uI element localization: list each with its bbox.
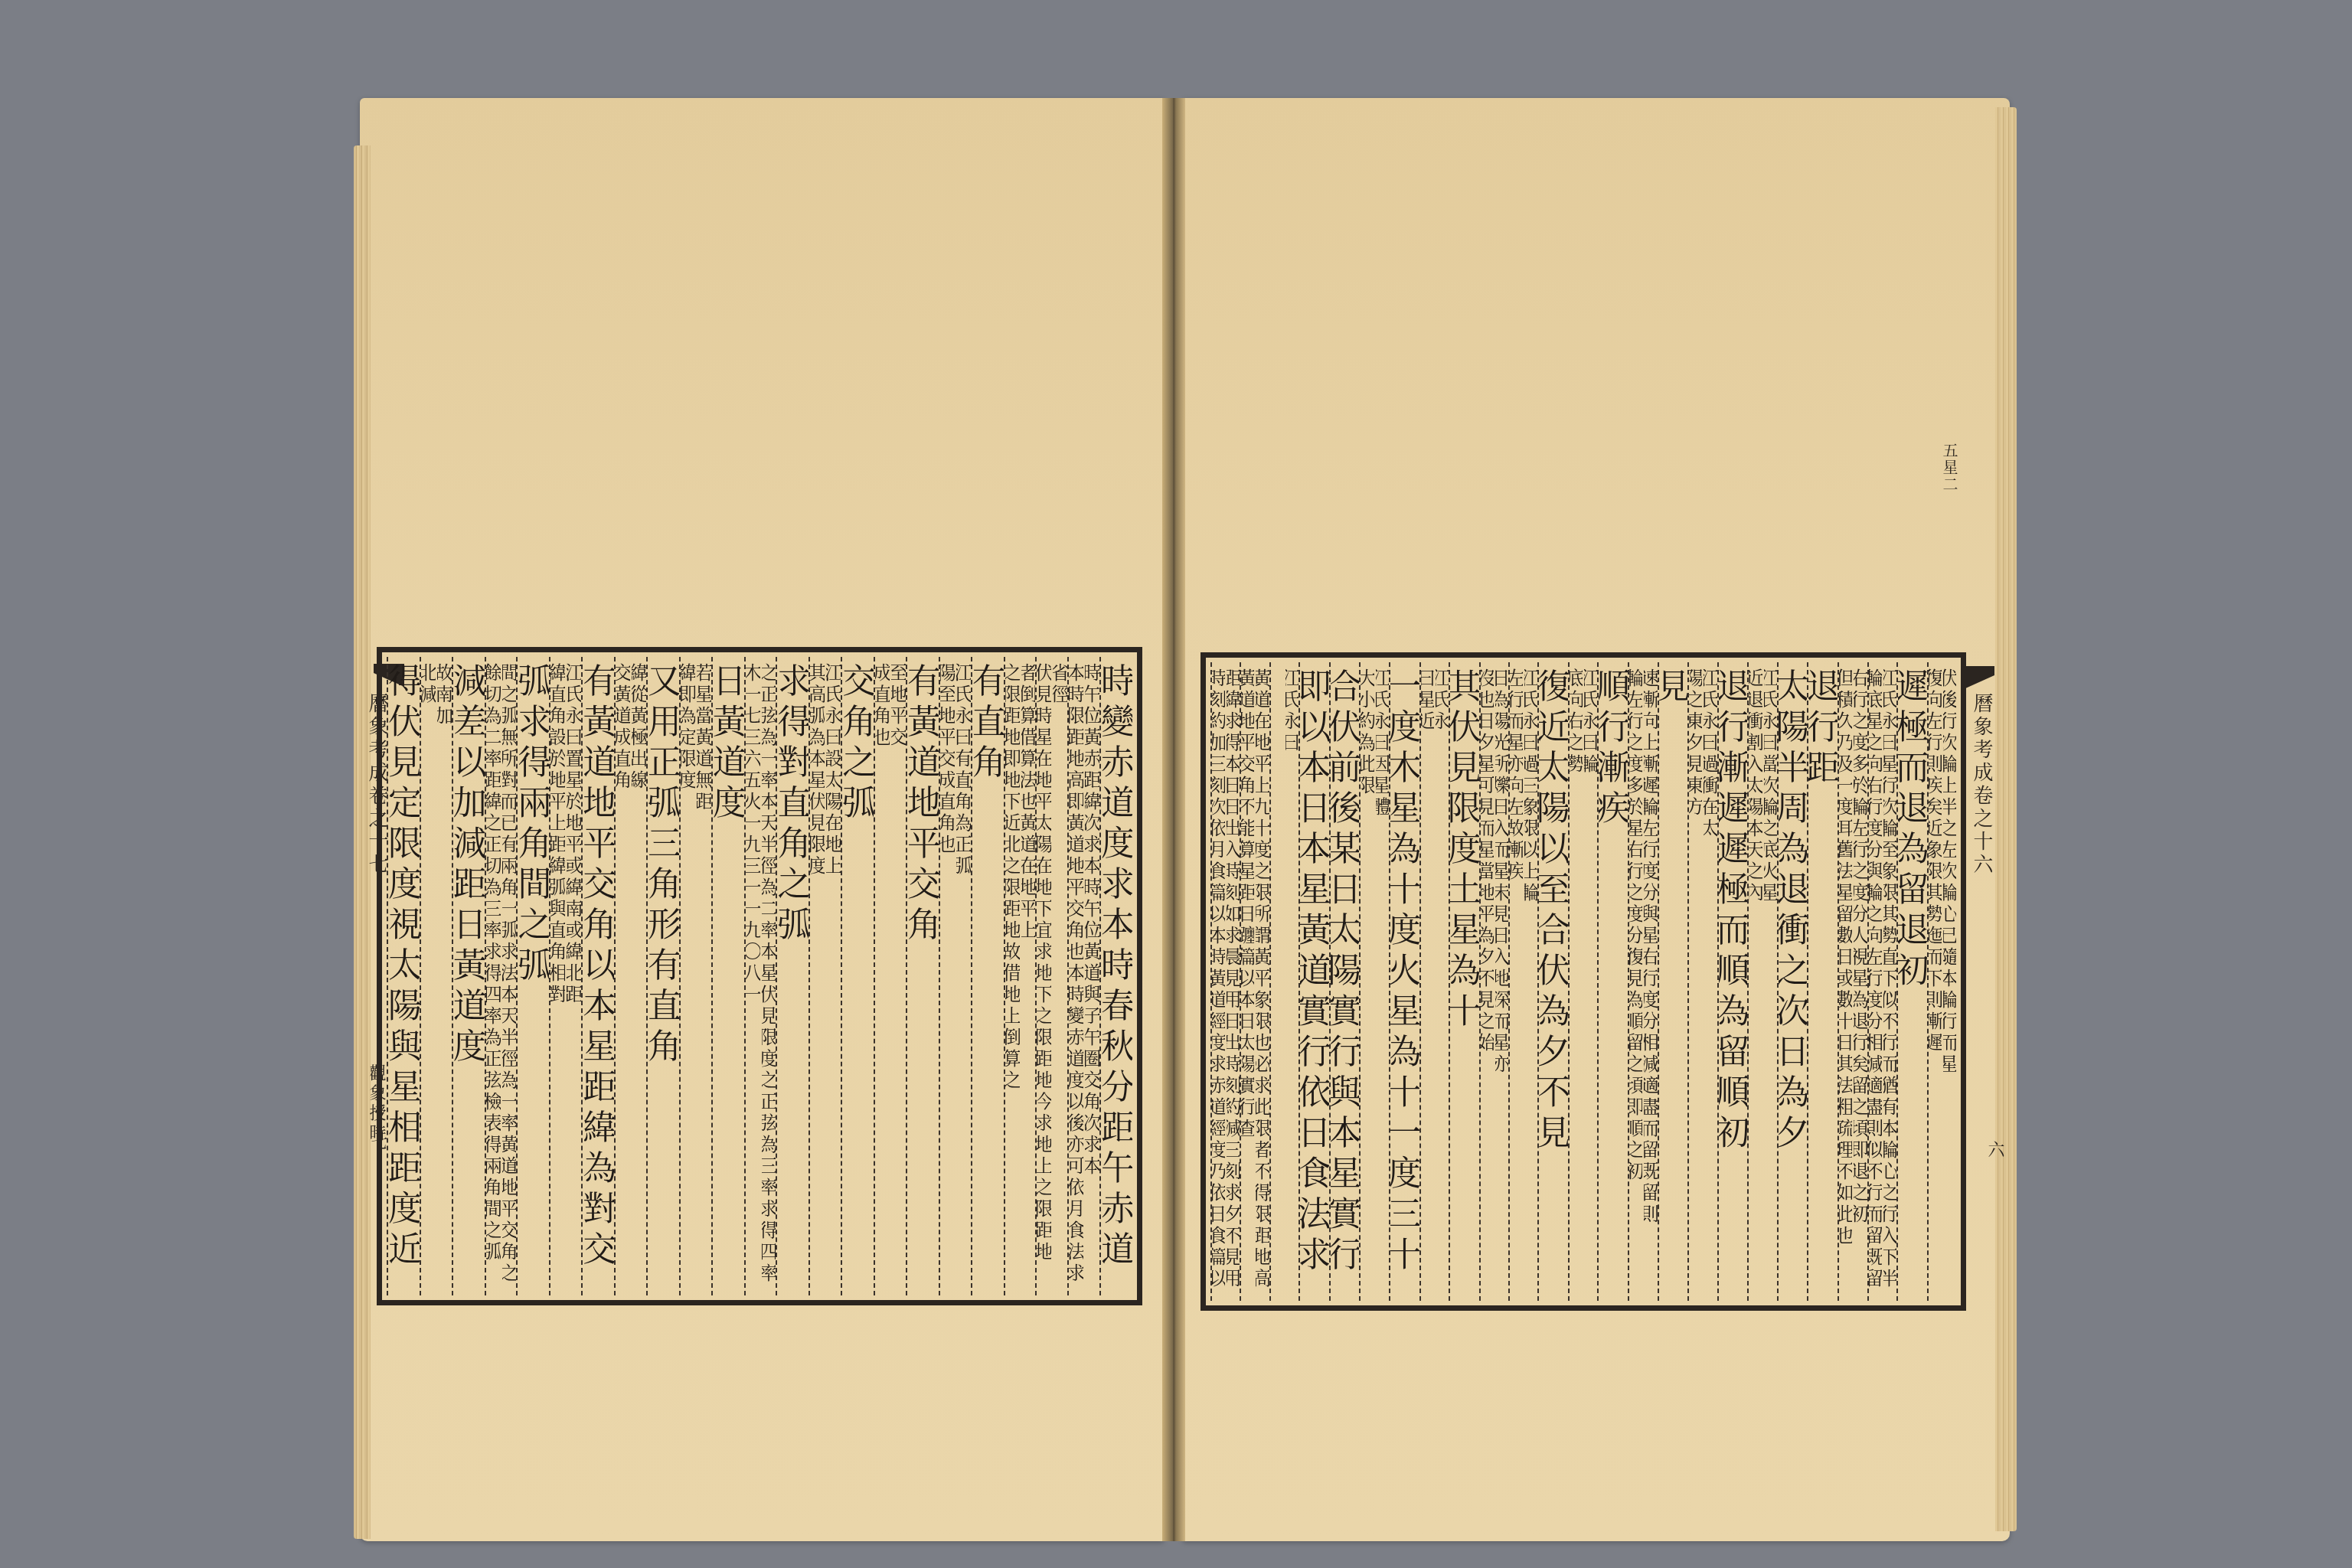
annotation-line: 至地平交 [891, 663, 906, 1289]
annotation-line: 省徑 [1053, 663, 1067, 1289]
text-column: 減差以加減距日黃道度 [452, 657, 485, 1295]
annotation-line: 近退衝割入太陽本天之內 [1749, 668, 1762, 1295]
book-gutter [1162, 98, 1185, 1541]
annotation-line: 江氏永曰有直角為正弧 [956, 663, 971, 1289]
text-column: 陽至地平交成直角也江氏永曰有直角為正弧 [939, 657, 971, 1295]
text-column: 求得對直角之弧 [776, 657, 808, 1295]
annotation-line: 陽至地平交成直角也 [940, 663, 955, 1289]
right-leaf-number: 六 [1983, 1141, 2007, 1161]
text-column: 陽之東夕見東方江氏永曰過衝在太 [1687, 662, 1717, 1301]
annotation-line: 江氏永曰當次輪之底火星 [1764, 668, 1777, 1295]
text-column: 時變赤道度求本時春秋分距午赤道度次求本 [1099, 657, 1132, 1295]
annotation-line: 故南加 [437, 663, 452, 1289]
text-column: 合伏前後某日太陽實行與本星實行相距近此限度 [1329, 662, 1360, 1301]
text-column: 成直角也至地平交 [874, 657, 906, 1295]
annotation-line: 江氏永曰過三象限以上輪 [1524, 668, 1537, 1295]
text-column: 見 [1658, 662, 1688, 1301]
annotation-line: 日為陽光所爍日入而星未見日入地深而星亦 [1495, 668, 1508, 1295]
text-column: 輪左行之度多於星右行之度分復見為順留之頃即順之初速漸向上漸遲輪左行度分與星右行度… [1628, 662, 1657, 1301]
annotation-line: 沒也日夕星可見而星當地平為夕不見之始 [1481, 668, 1494, 1295]
text-column: 緯直角設於地平上距緯弧與直角相對江氏永曰置星於地平或緯南或緯北距 [549, 657, 581, 1295]
annotation-line: 緯直角設於地平上距緯弧與直角相對 [550, 663, 565, 1289]
annotation-line: 時刻約加三刻次依月食篇以本時黃道經度求赤道經度乃依日食篇以本 [1212, 668, 1225, 1295]
annotation-line: 緯從黃極出線 [632, 663, 646, 1289]
text-column: 得伏見定限度視太陽與星相距度近定限度如 [387, 657, 420, 1295]
annotation-line [1271, 668, 1284, 1295]
text-column: 交黃道成直角緯從黃極出線 [614, 657, 646, 1295]
right-text-frame: 復向左行則疾矣近象限其勢迤而下則漸遲伏後行次輪上半之左次輪心已隨本輪行而星遲極而… [1200, 652, 1966, 1311]
right-page-stack-edge [1995, 107, 2017, 1531]
annotation-line: 伏後行次輪上半之左次輪心已隨本輪行而星 [1943, 668, 1956, 1295]
annotation-line: 成直角也 [875, 663, 890, 1289]
annotation-line: 江氏永曰星行次輪至象限其勢直下似不行而猶有本輪心之行入下半深近 [1883, 668, 1896, 1295]
annotation-line: 底向右之勢 [1570, 668, 1583, 1295]
text-column: 時刻約加三刻次依月食篇以本時黃道經度求赤道經度乃依日食篇以本距緯求得本日日出入時… [1210, 662, 1240, 1301]
annotation-line: 江氏永曰設太陽在地上 [826, 663, 841, 1289]
text-column: 退行距 [1807, 662, 1837, 1301]
annotation-line: 餘切為二率距緯之正切為三率求得四率為正弦檢表得兩角間之弧 [486, 663, 501, 1289]
text-column: 弧求得兩角間之弧 [516, 657, 549, 1295]
annotation-line: 輪底星之向右行度分與輪之向左行度分相減適盡則似不行而留既留則星 [1869, 668, 1882, 1295]
text-column: 有黃道地平交角以本星距緯為對交角之 [581, 657, 614, 1295]
text-column: 沒也日夕星可見而星當地平為夕不見之始日為陽光所爍日入而星未見日入地深而星亦 [1479, 662, 1508, 1301]
text-column: 有黃道地平交角 [906, 657, 939, 1295]
annotation-line: 左行而星亦向左故漸疾 [1510, 668, 1523, 1295]
text-column: 黃道地平交角不能算星距日躔篇以本日太陽實行查黃道在地平上九十度之限所謂黃平象限也… [1240, 662, 1269, 1301]
text-column: 其伏見限度土星為十 [1449, 662, 1479, 1301]
text-column: 復近太陽以至合伏為夕不見 [1537, 662, 1568, 1301]
annotation-line: 之限距地即地下近北之限距地故借地上倒算之 [1005, 663, 1020, 1289]
text-column: 有直角 [971, 657, 1004, 1295]
text-column: 伏見時星在地平太陽在地下宜求地下之限距地今求地上之限距地省徑 [1035, 657, 1067, 1295]
text-column: 退行漸遲遲極而順為留順初 [1717, 662, 1748, 1301]
text-column: 又用正弧三角形有直角 [646, 657, 679, 1295]
text-column: 太陽半周為退衝之次日為夕 [1777, 662, 1808, 1301]
annotation-line: 輪左行之度多於星右行之度分復見為順留之頃即順之初 [1629, 668, 1642, 1295]
annotation-line: 曰星近 [1421, 668, 1434, 1295]
annotation-line: 黃道在地平上九十度之限所謂黃平象限也必求此限者不得限距地高則無 [1256, 668, 1269, 1295]
text-column: 交角之弧 [841, 657, 874, 1295]
text-column: 左行而星亦向左故漸疾江氏永曰過三象限以上輪 [1508, 662, 1537, 1301]
annotation-line: 江氏永曰置星於地平或緯南或緯北距 [567, 663, 581, 1289]
annotation-line: 江氏永曰 [1285, 668, 1298, 1295]
text-column: 日黃道度 [711, 657, 744, 1295]
text-column: 一度木星為十度火星為十一度三十分 [1389, 662, 1419, 1301]
annotation-line: 但積久乃及一度耳舊法星留數日或數十日其法粗疏理不如此也 [1839, 668, 1852, 1295]
annotation-line: 伏見時星在地平太陽在地下宜求地下之限距地今求地上之限距地 [1037, 663, 1051, 1289]
annotation-line: 其高弧為本星伏見限度 [810, 663, 825, 1289]
left-text-frame: 時變赤道度求本時春秋分距午赤道度次求本本時限距地高即黃道地平交角也本時變赤道度以… [377, 647, 1142, 1305]
annotation-line: 復向左行則疾矣近象限其勢迤而下則漸遲 [1929, 668, 1942, 1295]
annotation-line: 木一七三六五火一九三一一九〇八一 [746, 663, 760, 1289]
annotation-line: 江氏永曰因星體 [1376, 668, 1389, 1295]
annotation-line: 時午位黃赤距緯次求本時午位黃道與子午圈交角次求本 [1085, 663, 1099, 1289]
text-column: 但積久乃及一度耳舊法星留數日或數十日其法粗疏理不如此也右行之度多於輪左行之度分人… [1837, 662, 1867, 1301]
text-column: 曰星近江氏永 [1419, 662, 1449, 1301]
annotation-line: 速漸向上漸遲輪左行度分與星右行度分相減適盡而留既留則 [1644, 668, 1657, 1295]
right-corner-note: 五星二 [1939, 443, 1961, 493]
text-column: 輪底星之向右行度分與輪之向左行度分相減適盡則似不行而留既留則星江氏永曰星行次輪至… [1867, 662, 1896, 1301]
text-column: 近退衝割入太陽本天之內江氏永曰當次輪之底火星 [1747, 662, 1776, 1301]
text-column: 北減故南加 [420, 657, 452, 1295]
text-column: 大小約為此限江氏永曰因星體 [1359, 662, 1388, 1301]
annotation-line: 者倒算借算法也黃道在地平上 [1021, 663, 1036, 1289]
text-column: 之限距地即地下近北之限距地故借地上倒算之者倒算借算法也黃道在地平上 [1004, 657, 1036, 1295]
annotation-line: 大小約為此限 [1361, 668, 1374, 1295]
annotation-line: 右行之度多於輪左行之度分人視星為退行矣留之頃即退之初 [1854, 668, 1867, 1295]
text-column: 復向左行則疾矣近象限其勢迤而下則漸遲伏後行次輪上半之左次輪心已隨本輪行而星 [1927, 662, 1956, 1301]
text-column: 本時限距地高即黃道地平交角也本時變赤道度以後亦可依月食法求之較時午位黃赤距緯次求… [1067, 657, 1099, 1295]
annotation-line: 黃道地平交角不能算星距日躔篇以本日太陽實行查 [1241, 668, 1254, 1295]
text-column: 緯即為定限度若星當黃道無距 [679, 657, 711, 1295]
annotation-line: 距緯求得本日日出入時刻如求晨見用日出時刻約減三刻求夕不見用日入 [1227, 668, 1240, 1295]
annotation-line: 交黃道成直角 [616, 663, 630, 1289]
annotation-line: 之正弦為一率本天半徑為二率本星伏見限度之正弦為三率求得四率為正弦檢表得弧度 [762, 663, 776, 1289]
text-column: 其高弧為本星伏見限度江氏永曰設太陽在地上 [808, 657, 841, 1295]
text-column: 即以本日本星黃道實行依日食法求得限距地高 [1298, 662, 1329, 1301]
annotation-line: 間之弧無所對而已有兩角一弧求法本天半徑為一率黃道地平交角之 [502, 663, 517, 1289]
text-column: 順行漸疾 [1597, 662, 1628, 1301]
text-column: 江氏永曰 [1269, 662, 1298, 1301]
annotation-line: 江氏永曰輪 [1584, 668, 1597, 1295]
annotation-line: 若星當黃道無距 [697, 663, 711, 1289]
annotation-line: 本時限距地高即黃道地平交角也本時變赤道度以後亦可依月食法求之較 [1069, 663, 1083, 1289]
annotation-line: 緯即為定限度 [681, 663, 695, 1289]
text-column: 木一七三六五火一九三一一九〇八一之正弦為一率本天半徑為二率本星伏見限度之正弦為三… [744, 657, 776, 1295]
text-column: 底向右之勢江氏永曰輪 [1568, 662, 1597, 1301]
text-column: 餘切為二率距緯之正切為三率求得四率為正弦檢表得兩角間之弧間之弧無所對而已有兩角一… [485, 657, 517, 1295]
right-banxin-title: 曆象考成卷之十六 [1968, 693, 1996, 969]
annotation-line: 北減 [421, 663, 436, 1289]
annotation-line: 陽之東夕見東方 [1689, 668, 1702, 1295]
text-column: 遲極而退為留退初 [1896, 662, 1927, 1301]
annotation-line: 江氏永 [1436, 668, 1449, 1295]
annotation-line: 江氏永曰過衝在太 [1704, 668, 1717, 1295]
